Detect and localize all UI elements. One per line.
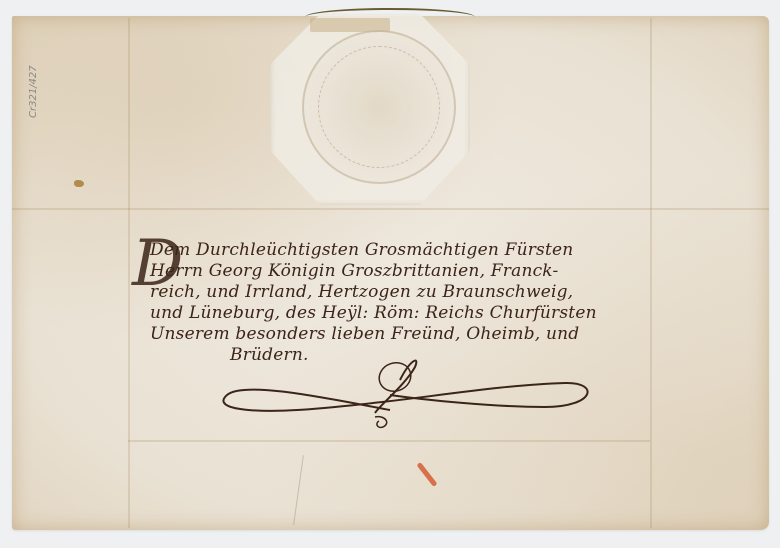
address-line: und Lüneburg, des Heÿl: Röm: Reichs Chur… — [150, 303, 630, 324]
stain-mark — [74, 180, 84, 187]
seal-icon — [302, 30, 456, 184]
address-line: reich, und Irrland, Hertzogen zu Braunsc… — [150, 282, 630, 303]
pencil-annotation: Cr321/427 — [28, 65, 39, 118]
address-line: Dem Durchleüchtigsten Grosmächtigen Fürs… — [150, 240, 630, 261]
address-line: Herrn Georg Königin Groszbrittanien, Fra… — [150, 261, 630, 282]
fold-line — [12, 208, 769, 210]
flourish-icon — [215, 355, 595, 435]
address-line: Unserem besonders lieben Freünd, Oheimb,… — [150, 324, 630, 345]
fold-line — [128, 440, 650, 442]
fold-line — [128, 18, 130, 528]
fold-line — [650, 18, 652, 528]
address-block: Dem Durchleüchtigsten Grosmächtigen Fürs… — [150, 240, 630, 366]
